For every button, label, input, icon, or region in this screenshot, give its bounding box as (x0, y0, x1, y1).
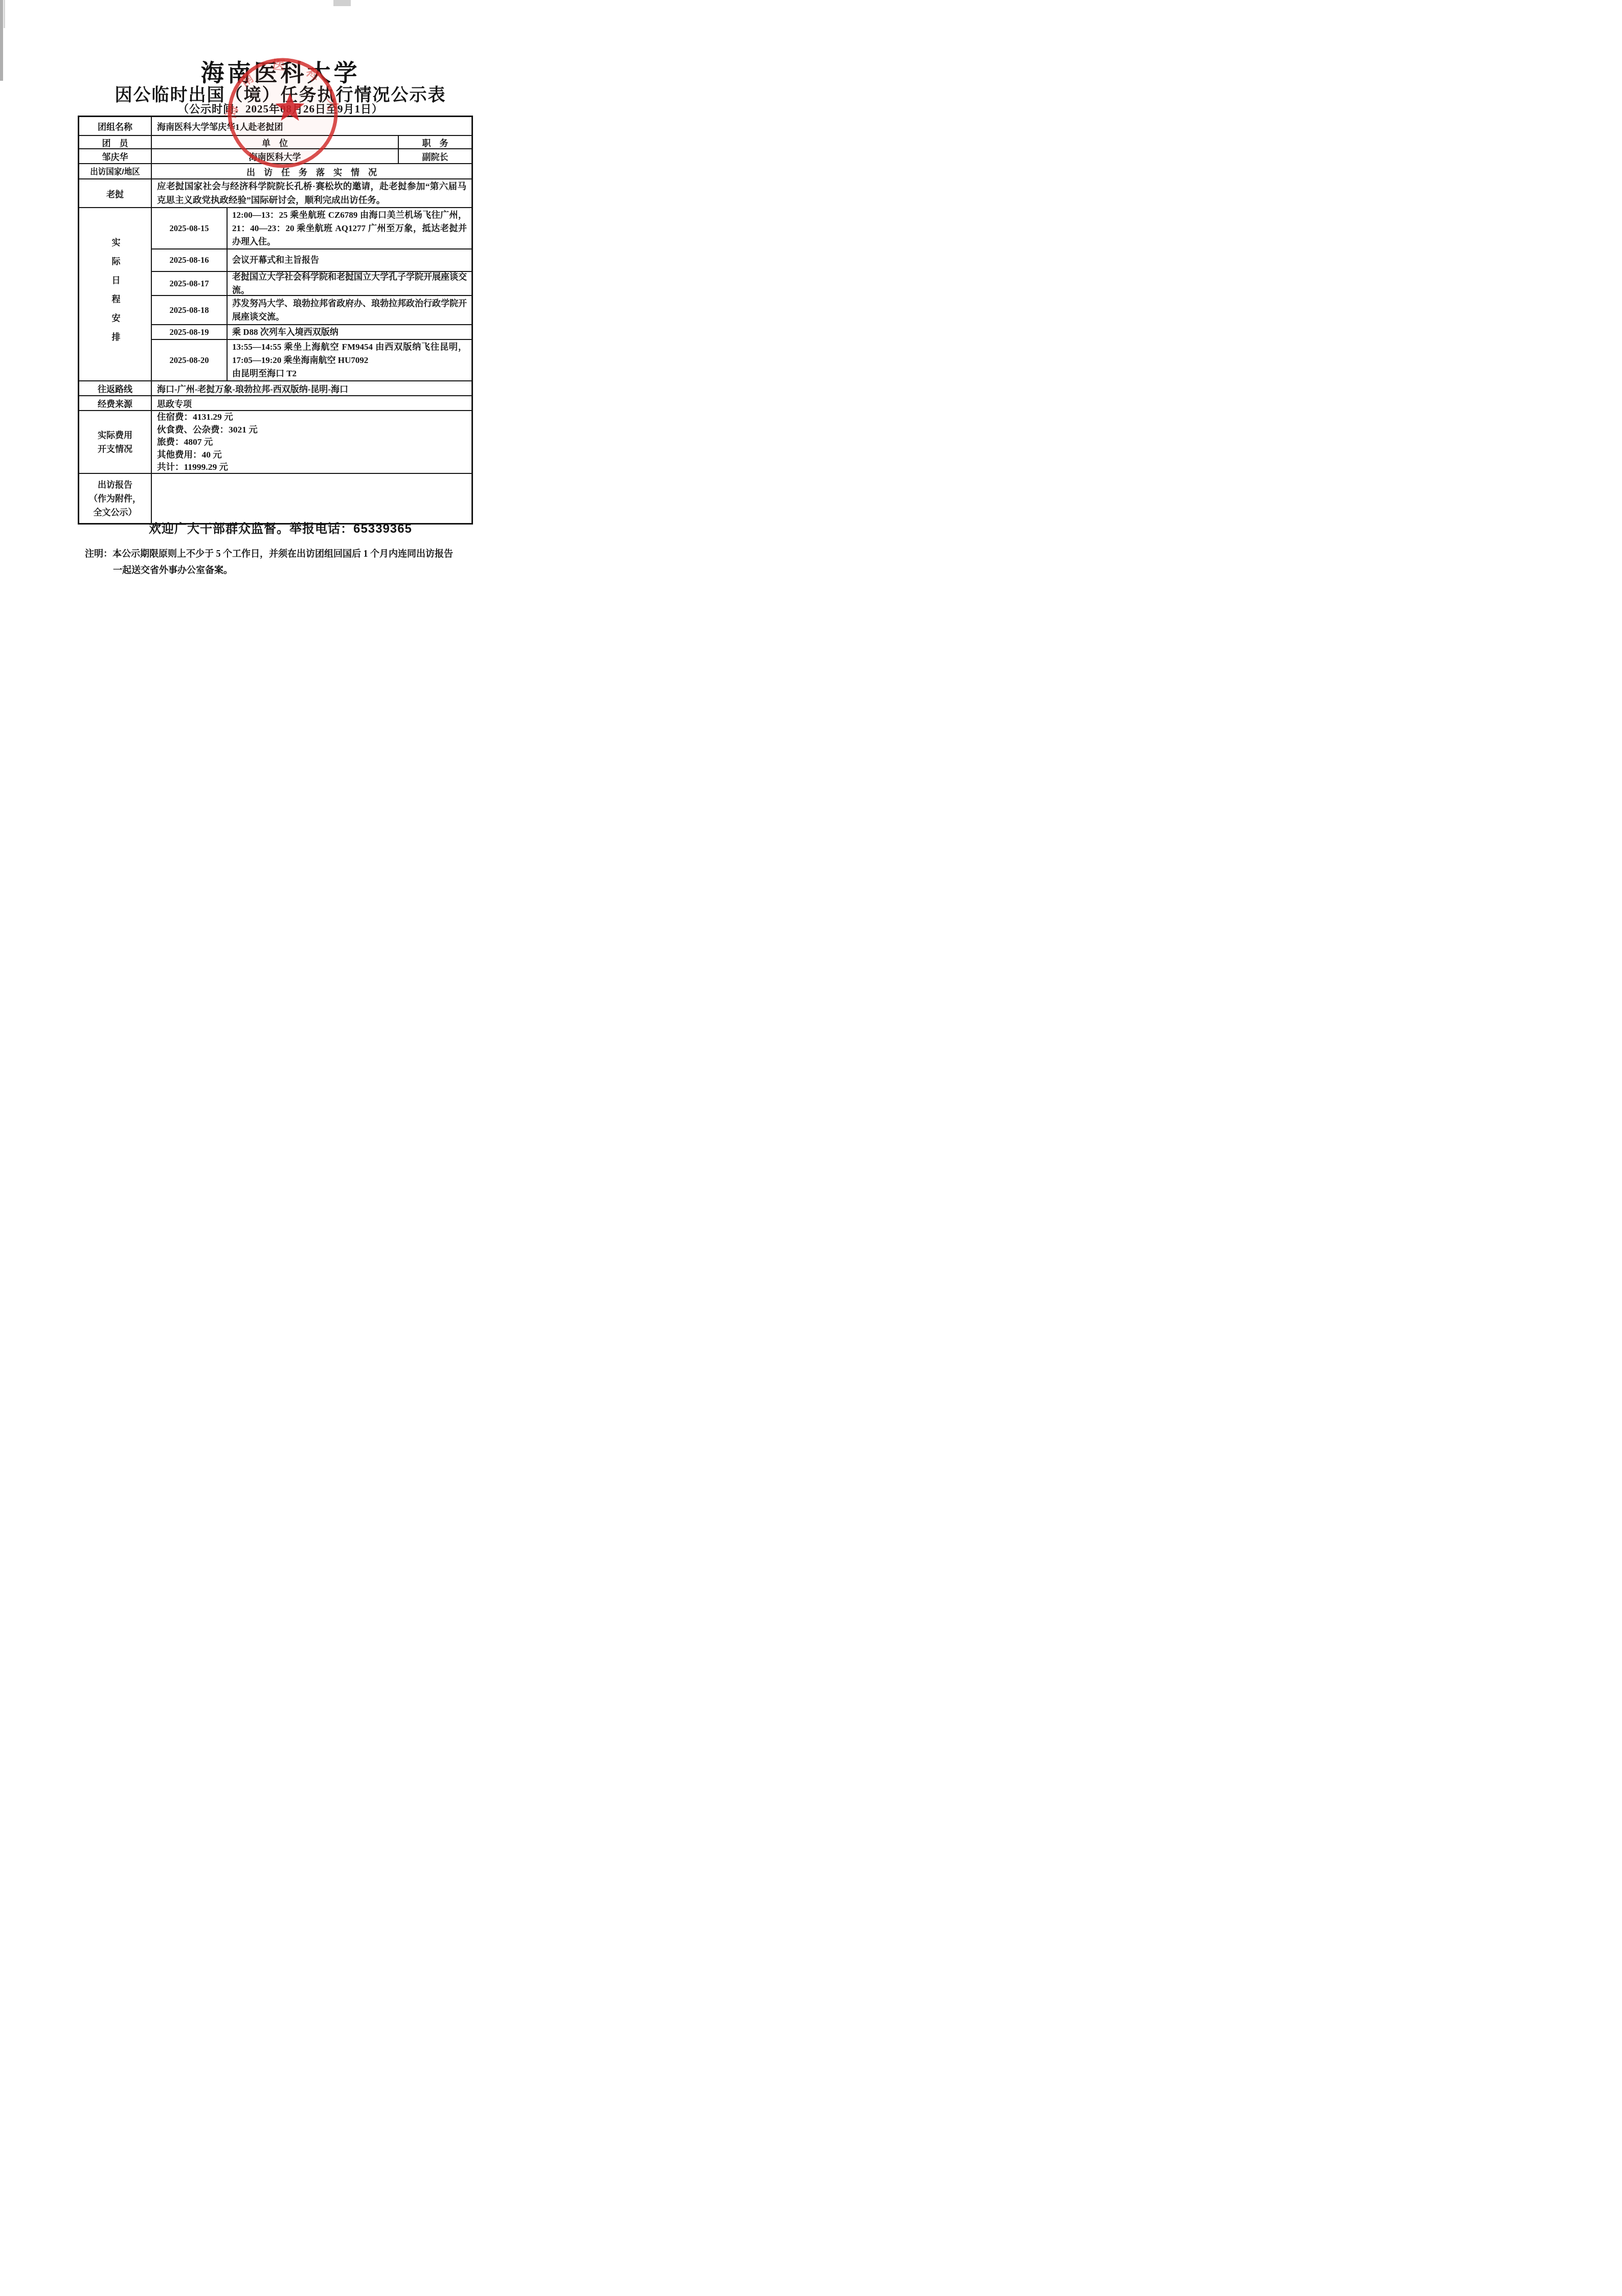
schedule-date: 2025-08-19 (152, 325, 228, 339)
schedule-item: 2025-08-20 13:55—14:55 乘坐上海航空 FM9454 由西双… (152, 340, 472, 380)
schedule-item: 2025-08-16 会议开幕式和主旨报告 (152, 249, 472, 272)
schedule-item: 2025-08-17 老挝国立大学社会科学院和老挝国立大学孔子学院开展座谈交流。 (152, 272, 472, 296)
member-header-label: 团 员 (79, 136, 152, 148)
expenses-label: 实际费用 开支情况 (79, 411, 152, 473)
schedule-row: 实际日程安排 2025-08-15 12:00—13：25 乘坐航班 CZ678… (79, 208, 471, 381)
table-row: 团组名称 海南医科大学邹庆华1人赴老挝团 (79, 117, 471, 136)
table-row: 经费来源 思政专项 (79, 396, 471, 411)
schedule-desc: 会议开幕式和主旨报告 (228, 249, 471, 271)
table-row: 邹庆华 海南医科大学 副院长 (79, 149, 471, 164)
schedule-date: 2025-08-16 (152, 249, 228, 271)
table-row: 实际费用 开支情况 住宿费：4131.29 元 伙食费、公杂费：3021 元 旅… (79, 411, 471, 474)
scan-smudge-left-2 (4, 0, 5, 28)
route-value: 海口-广州-老挝万象-琅勃拉邦-西双版纳-昆明-海口 (152, 381, 471, 395)
page-subtitle: 因公临时出国（境）任务执行情况公示表 (0, 81, 561, 106)
report-value (152, 474, 471, 523)
schedule-item: 2025-08-19 乘 D88 次列车入境西双版纳 (152, 325, 472, 340)
schedule-desc: 苏发努冯大学、琅勃拉邦省政府办、琅勃拉邦政治行政学院开展座谈交流。 (228, 296, 471, 324)
schedule-date: 2025-08-18 (152, 296, 228, 324)
table-row: 老挝 应老挝国家社会与经济科学院院长孔桥·赛松坎的邀请，赴老挝参加“第六届马克思… (79, 179, 471, 208)
schedule-desc: 13:55—14:55 乘坐上海航空 FM9454 由西双版纳飞往昆明，17:0… (228, 340, 471, 380)
scan-smudge-top (333, 0, 351, 6)
group-name-value: 海南医科大学邹庆华1人赴老挝团 (152, 117, 471, 135)
table-row: 团 员 单 位 职 务 (79, 136, 471, 149)
schedule-label-cell: 实际日程安排 (79, 208, 152, 380)
country-value: 老挝 (79, 179, 152, 207)
schedule-item: 2025-08-15 12:00—13：25 乘坐航班 CZ6789 由海口美兰… (152, 208, 472, 249)
schedule-date: 2025-08-17 (152, 272, 228, 295)
schedule-date: 2025-08-15 (152, 208, 228, 248)
supervision-notice: 欢迎广大干部群众监督。举报电话：65339365 (0, 518, 561, 536)
task-header-value: 出 访 任 务 落 实 情 况 (152, 164, 471, 178)
publicity-period: （公示时间：2025年08月26日至9月1日） (0, 103, 561, 115)
group-name-label: 团组名称 (79, 117, 152, 135)
member-name: 邹庆华 (79, 149, 152, 163)
schedule-date: 2025-08-20 (152, 340, 228, 380)
route-label: 往返路线 (79, 381, 152, 395)
unit-header-label: 单 位 (152, 136, 399, 148)
document-page: { "header": { "title_line1": "海南医科大学", "… (0, 0, 561, 794)
schedule-desc: 乘 D88 次列车入境西双版纳 (228, 325, 471, 339)
member-position: 副院长 (399, 149, 471, 163)
task-detail: 应老挝国家社会与经济科学院院长孔桥·赛松坎的邀请，赴老挝参加“第六届马克思主义政… (152, 179, 471, 207)
funding-value: 思政专项 (152, 396, 471, 410)
expenses-value: 住宿费：4131.29 元 伙食费、公杂费：3021 元 旅费：4807 元 其… (152, 411, 471, 473)
schedule-desc: 12:00—13：25 乘坐航班 CZ6789 由海口美兰机场飞往广州，21：4… (228, 208, 471, 248)
position-header-label: 职 务 (399, 136, 471, 148)
footnote-line2: 一起送交省外事办公室备案。 (113, 562, 471, 578)
country-header-label: 出访国家/地区 (79, 164, 152, 178)
footnote-line1: 注明：本公示期限原则上不少于 5 个工作日，并须在出访团组回国后 1 个月内连同… (85, 546, 484, 561)
disclosure-table: 团组名称 海南医科大学邹庆华1人赴老挝团 团 员 单 位 职 务 邹庆华 海南医… (78, 116, 473, 525)
table-row: 出访报告 （作为附件， 全文公示） (79, 474, 471, 523)
schedule-body: 2025-08-15 12:00—13：25 乘坐航班 CZ6789 由海口美兰… (152, 208, 472, 380)
member-unit: 海南医科大学 (152, 149, 399, 163)
table-row: 往返路线 海口-广州-老挝万象-琅勃拉邦-西双版纳-昆明-海口 (79, 381, 471, 396)
report-label: 出访报告 （作为附件， 全文公示） (79, 474, 152, 523)
schedule-label: 实际日程安排 (109, 238, 122, 351)
funding-label: 经费来源 (79, 396, 152, 410)
table-row: 出访国家/地区 出 访 任 务 落 实 情 况 (79, 164, 471, 179)
schedule-item: 2025-08-18 苏发努冯大学、琅勃拉邦省政府办、琅勃拉邦政治行政学院开展座… (152, 296, 472, 325)
schedule-desc: 老挝国立大学社会科学院和老挝国立大学孔子学院开展座谈交流。 (228, 272, 471, 295)
